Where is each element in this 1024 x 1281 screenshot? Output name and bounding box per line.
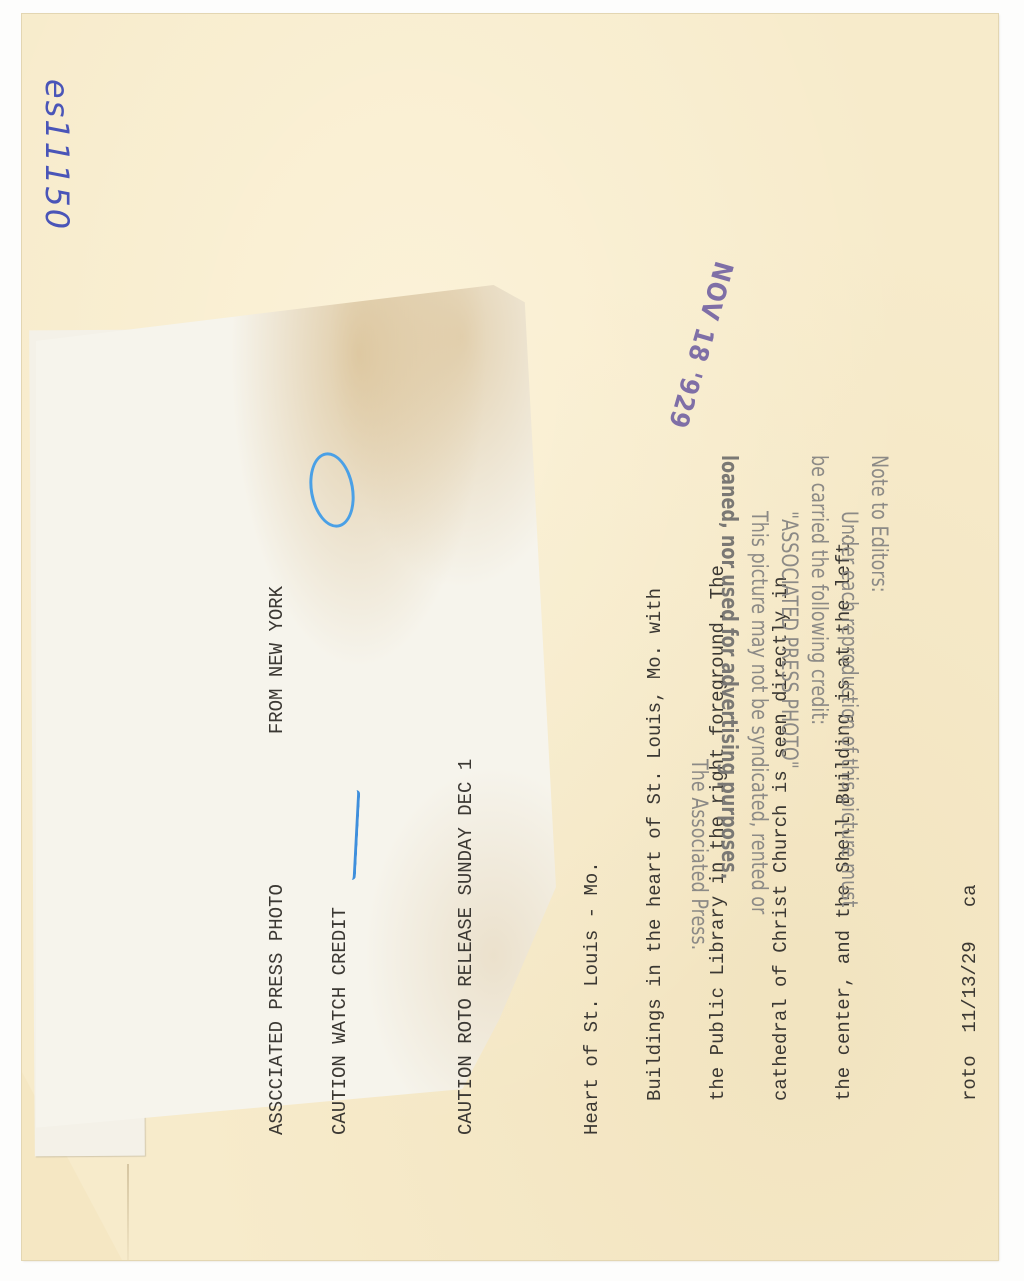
caption-footer-tag: roto <box>959 1055 981 1101</box>
fold-crease <box>127 1164 129 1260</box>
caption-origin: FROM NEW YORK <box>266 586 288 734</box>
editor-note-line: be carried the following credit: <box>803 455 833 950</box>
caption-agency: ASSCCIATED PRESS PHOTO <box>266 884 288 1135</box>
editor-note-line: loaned, nor used for advertising purpose… <box>713 455 743 950</box>
caption-title: Heart of St. Louis - <box>581 896 603 1135</box>
editor-note-credit: "ASSOCIATED PRESS PHOTO" <box>773 455 803 950</box>
caption-credit-warning: CAUTION WATCH CREDIT <box>330 315 351 1135</box>
caption-body-line: Buildings in the heart of St. Louis, Mo.… <box>645 315 666 1135</box>
editor-note-line: Under each reproduction of this picture … <box>833 455 863 950</box>
scanned-document: es11150 ASSCCIATED PRESS PHOTOFROM NEW Y… <box>0 0 1024 1281</box>
typed-caption: ASSCCIATED PRESS PHOTOFROM NEW YORK CAUT… <box>225 315 1023 1135</box>
handwritten-catalog-number: es11150 <box>38 79 76 231</box>
editor-note-title: Note to Editors: <box>863 455 893 950</box>
caption-footer-date: 11/13/29 <box>959 941 981 1032</box>
editor-note-line: This picture may not be syndicated, rent… <box>743 455 773 950</box>
caption-footer-initials: ca <box>959 884 981 907</box>
caption-title-line: Heart of St. Louis - Mo. <box>582 315 603 1135</box>
caption-title-state: Mo. <box>581 861 603 895</box>
editor-note-signature: The Associated Press. <box>683 455 713 950</box>
editor-note-stamp: Note to Editors: Under each reproduction… <box>683 455 893 950</box>
caption-footer: roto 11/13/29 ca <box>960 315 981 1135</box>
caption-header-line-1: ASSCCIATED PRESS PHOTOFROM NEW YORK <box>267 315 288 1135</box>
caption-release-line: CAUTION ROTO RELEASE SUNDAY DEC 1 <box>456 315 477 1135</box>
